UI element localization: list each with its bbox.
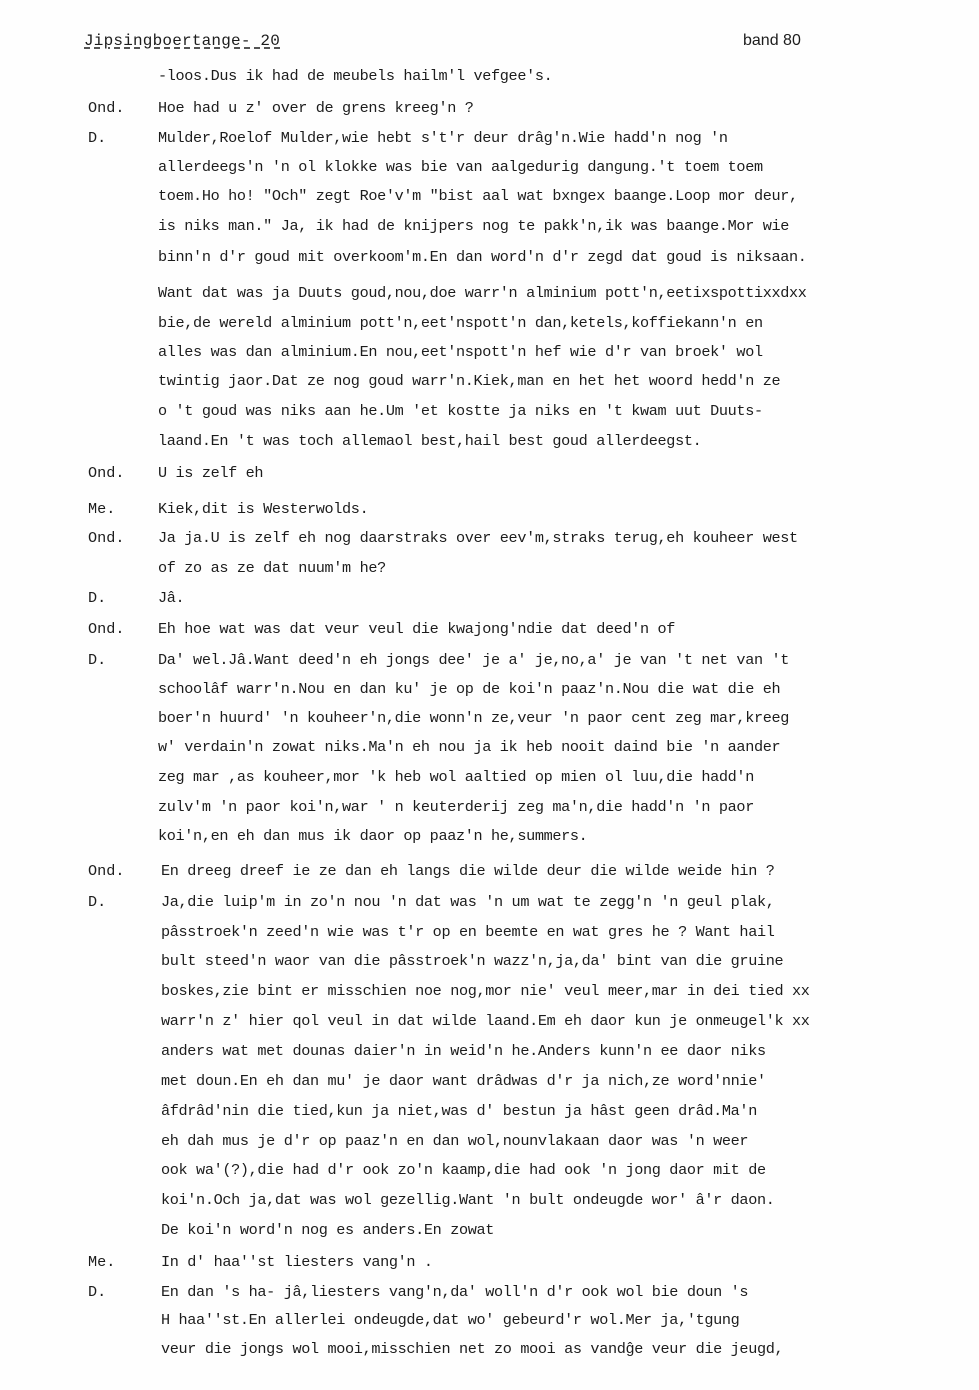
- transcript-line: Eh hoe wat was dat veur veul die kwajong…: [158, 619, 675, 639]
- transcript-line: pâsstroek'n zeed'n wie was t'r op en bee…: [161, 922, 774, 942]
- document-title: Jipsingboertange- 20: [84, 32, 280, 50]
- transcript-line: Want dat was ja Duuts goud,nou,doe warr'…: [158, 283, 807, 303]
- speaker-label: D.: [88, 1282, 106, 1302]
- transcript-line: En dan 's ha- jâ,liesters vang'n,da' wol…: [161, 1282, 748, 1302]
- transcript-line: of zo as ze dat nuum'm he?: [158, 558, 386, 578]
- transcript-page: Jipsingboertange- 20 band 80 -loos.Dus i…: [0, 0, 979, 1390]
- transcript-line: boskes,zie bint er misschien noe nog,mor…: [161, 981, 810, 1001]
- speaker-label: D.: [88, 128, 106, 148]
- transcript-line: De koi'n word'n nog es anders.En zowat: [161, 1220, 494, 1240]
- transcript-line: zeg mar ,as kouheer,mor 'k heb wol aalti…: [158, 767, 754, 787]
- transcript-line: ook wa'(?),die had d'r ook zo'n kaamp,di…: [161, 1160, 766, 1180]
- band-number: band 80: [743, 32, 801, 50]
- transcript-line: bie,de wereld alminium pott'n,eet'nspott…: [158, 313, 763, 333]
- transcript-line: Ja ja.U is zelf eh nog daarstraks over e…: [158, 528, 798, 548]
- transcript-line: -loos.Dus ik had de meubels hailm'l vefg…: [158, 66, 552, 86]
- speaker-label: Ond.: [88, 463, 124, 483]
- transcript-line: allerdeegs'n 'n ol klokke was bie van aa…: [158, 157, 763, 177]
- speaker-label: Ond.: [88, 619, 124, 639]
- transcript-line: o 't goud was niks aan he.Um 'et kostte …: [158, 401, 763, 421]
- transcript-line: En dreeg dreef ie ze dan eh langs die wi…: [161, 861, 774, 881]
- transcript-line: Da' wel.Jâ.Want deed'n eh jongs dee' je …: [158, 650, 789, 670]
- transcript-line: is niks man." Ja, ik had de knijpers nog…: [158, 216, 789, 236]
- transcript-line: anders wat met dounas daier'n in weid'n …: [161, 1041, 766, 1061]
- speaker-label: Ond.: [88, 861, 124, 881]
- transcript-line: Ja,die luip'm in zo'n nou 'n dat was 'n …: [161, 892, 774, 912]
- transcript-line: met doun.En eh dan mu' je daor want drâd…: [161, 1071, 766, 1091]
- transcript-line: U is zelf eh: [158, 463, 263, 483]
- transcript-line: Mulder,Roelof Mulder,wie hebt s't'r deur…: [158, 128, 728, 148]
- speaker-label: Ond.: [88, 98, 124, 118]
- transcript-line: Jâ.: [158, 588, 184, 608]
- transcript-line: boer'n huurd' 'n kouheer'n,die wonn'n ze…: [158, 708, 789, 728]
- transcript-line: âfdrâd'nin die tied,kun ja niet,was d' b…: [161, 1101, 757, 1121]
- speaker-label: Ond.: [88, 528, 124, 548]
- transcript-line: warr'n z' hier qol veul in dat wilde laa…: [161, 1011, 810, 1031]
- transcript-line: veur die jongs wol mooi,misschien net zo…: [161, 1339, 783, 1359]
- transcript-line: bult steed'n waor van die pâsstroek'n wa…: [161, 951, 783, 971]
- transcript-line: alles was dan alminium.En nou,eet'nspott…: [158, 342, 763, 362]
- transcript-line: H haa''st.En allerlei ondeugde,dat wo' g…: [161, 1310, 739, 1330]
- transcript-line: zulv'm 'n paor koi'n,war ' n keuterderij…: [158, 797, 754, 817]
- transcript-line: w' verdain'n zowat niks.Ma'n eh nou ja i…: [158, 737, 780, 757]
- transcript-line: laand.En 't was toch allemaol best,hail …: [158, 431, 701, 451]
- transcript-line: Hoe had u z' over de grens kreeg'n ?: [158, 98, 474, 118]
- transcript-line: koi'n,en eh dan mus ik daor op paaz'n he…: [158, 826, 587, 846]
- speaker-label: Me.: [88, 499, 115, 519]
- speaker-label: D.: [88, 588, 106, 608]
- transcript-line: eh dah mus je d'r op paaz'n en dan wol,n…: [161, 1131, 748, 1151]
- speaker-label: D.: [88, 650, 106, 670]
- speaker-label: D.: [88, 892, 106, 912]
- transcript-line: Kiek,dit is Westerwolds.: [158, 499, 368, 519]
- transcript-line: twintig jaor.Dat ze nog goud warr'n.Kiek…: [158, 371, 780, 391]
- speaker-label: Me.: [88, 1252, 115, 1272]
- transcript-line: binn'n d'r goud mit overkoom'm.En dan wo…: [158, 247, 807, 267]
- transcript-line: schoolâf warr'n.Nou en dan ku' je op de …: [158, 679, 780, 699]
- transcript-line: toem.Ho ho! "Och" zegt Roe'v'm "bist aal…: [158, 186, 798, 206]
- transcript-line: In d' haa''st liesters vang'n .: [161, 1252, 433, 1272]
- transcript-line: koi'n.Och ja,dat was wol gezellig.Want '…: [161, 1190, 774, 1210]
